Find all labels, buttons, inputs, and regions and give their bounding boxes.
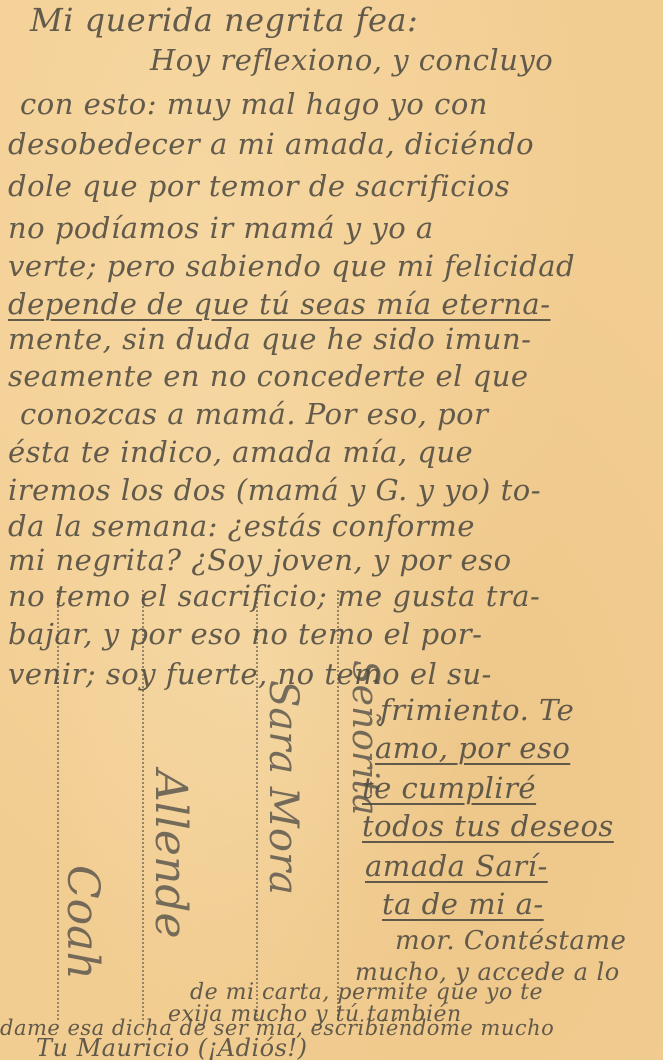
letter-line: conozcas a mamá. Por eso, por	[20, 400, 488, 429]
letter-line: depende de que tú seas mía eterna-	[8, 290, 551, 319]
letter-line: bajar, y por eso no temo el por-	[8, 620, 482, 649]
letter-line: desobedecer a mi amada, diciéndo	[8, 130, 534, 159]
letter-line: no temo el sacrificio; me gusta tra-	[8, 582, 540, 611]
letter-line: iremos los dos (mamá y G. y yo) to-	[8, 476, 541, 505]
letter-right-line: te cumpliré	[362, 774, 536, 803]
letter-line: no podíamos ir mamá y yo a	[8, 214, 434, 243]
address-line-name: Sara Mora	[260, 680, 306, 895]
letter-right-line: amada Sarí-	[365, 852, 548, 881]
letter-line: con esto: muy mal hago yo con	[20, 90, 488, 119]
letter-line: mente, sin duda que he sido imun-	[8, 325, 531, 354]
letter-greeting: Mi querida negrita fea:	[30, 4, 418, 36]
address-line-city: Allende	[145, 770, 196, 939]
letter-right-line: frimiento. Te	[380, 696, 574, 725]
letter-closing-line: de mi carta, permite que yo te	[190, 982, 543, 1004]
letter-line: ésta te indico, amada mía, que	[8, 438, 473, 467]
address-guide-line-4	[337, 590, 339, 1020]
letter-line: seamente en no concederte el que	[8, 362, 529, 391]
letter-right-line: todos tus deseos	[362, 812, 614, 841]
address-guide-line-3	[256, 590, 258, 1020]
letter-signature: Tu Mauricio (¡Adiós!)	[36, 1036, 307, 1060]
address-line-state: Coah	[57, 865, 108, 980]
letter-line: da la semana: ¿estás conforme	[8, 512, 475, 541]
letter-right-line: mor. Contéstame	[395, 928, 626, 954]
letter-line: mi negrita? ¿Soy joven, y por eso	[8, 546, 512, 575]
letter-line: verte; pero sabiendo que mi felicidad	[8, 252, 575, 281]
address-guide-line-2	[142, 590, 144, 1020]
letter-right-line: amo, por eso	[375, 734, 570, 763]
letter-right-line: ta de mi a-	[382, 890, 544, 919]
letter-line: venir; soy fuerte, no temo el su-	[8, 660, 492, 689]
letter-line: dole que por temor de sacrificios	[8, 172, 510, 201]
letter-line: Hoy reflexiono, y concluyo	[150, 46, 553, 75]
